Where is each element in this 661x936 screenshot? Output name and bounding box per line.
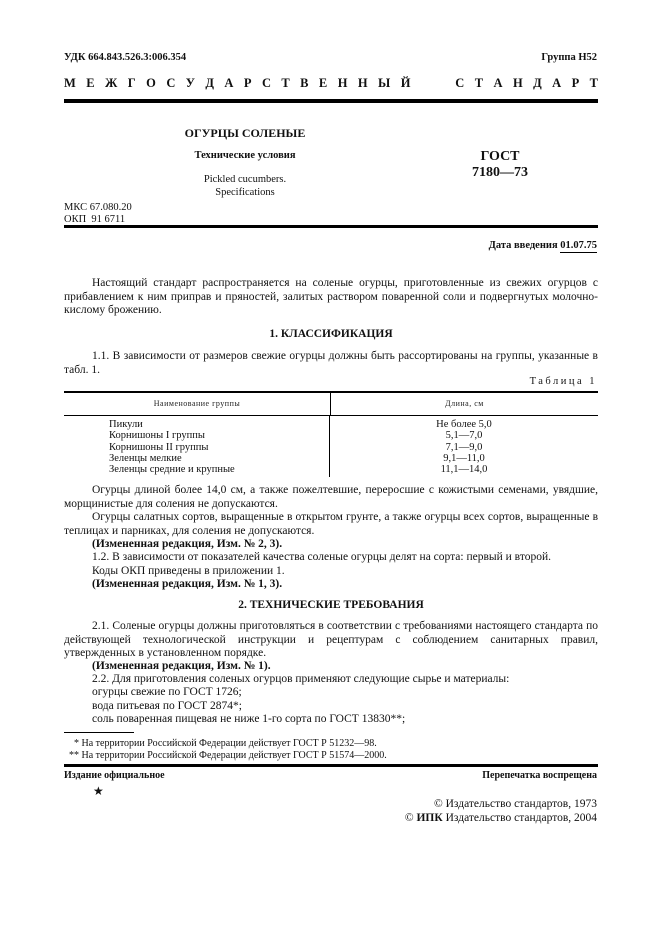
section-heading-technical-requirements: 2. ТЕХНИЧЕСКИЕ ТРЕБОВАНИЯ <box>64 599 598 611</box>
effective-date: Дата введения 01.07.75 <box>489 240 597 251</box>
heading-word-gap <box>421 76 445 91</box>
materials-list-item: вода питьевая по ГОСТ 2874*; <box>92 700 626 714</box>
section-heading-classification: 1. КЛАССИФИКАЦИЯ <box>64 328 598 340</box>
heading-letter: А <box>552 76 561 91</box>
paragraph-1-2: 1.2. В зависимости от показателей качест… <box>64 551 626 578</box>
heading-letter: Н <box>513 76 523 91</box>
heading-letter: С <box>455 76 464 91</box>
heading-letter: Д <box>205 76 214 91</box>
table-cell-length: 9,1—11,0 <box>330 453 598 464</box>
standard-type-heading: МЕЖГОСУДАРСТВЕННЫЙСТАНДАРТ <box>64 76 598 91</box>
table-body: ПикулиКорнишоны I группыКорнишоны II гру… <box>64 416 598 477</box>
heading-letter: Е <box>319 76 327 91</box>
gost-number: 7180—73 <box>440 165 560 181</box>
materials-list-item: соль поваренная пищевая не ниже 1-го сор… <box>92 713 626 727</box>
heading-letter: Ы <box>378 76 390 91</box>
heading-letter: Т <box>590 76 598 91</box>
english-title: Pickled cucumbers. Specifications <box>130 173 360 199</box>
paragraph-1-1: 1.1. В зависимости от размеров свежие ог… <box>64 350 598 377</box>
mks-code: МКС 67.080.20 <box>64 202 132 214</box>
heading-letter: Т <box>281 76 289 91</box>
heading-letter: Р <box>244 76 252 91</box>
heading-letter: М <box>64 76 76 91</box>
table-cell-length: Не более 5,0 <box>330 419 598 430</box>
footer-rule <box>64 764 598 767</box>
materials-list-item: огурцы свежие по ГОСТ 1726; <box>92 686 626 700</box>
gost-designation: ГОСТ 7180—73 <box>440 149 560 181</box>
official-edition-label: Издание официальное <box>64 770 165 781</box>
classification-codes: МКС 67.080.20 ОКП 91 6711 <box>64 202 132 226</box>
paragraph-salad-varieties: Огурцы салатных сортов, выращенные в отк… <box>64 511 598 538</box>
paragraph-1-2-line2: Коды ОКП приведены в приложении 1. <box>92 565 626 579</box>
heading-letter: А <box>494 76 503 91</box>
reprint-prohibited-label: Перепечатка воспрещена <box>482 770 597 781</box>
heading-letter: Е <box>86 76 94 91</box>
english-title-line2: Specifications <box>130 186 360 199</box>
table-column-group-name: ПикулиКорнишоны I группыКорнишоны II гру… <box>64 416 330 477</box>
table-cell-group-name: Корнишоны I группы <box>109 430 329 441</box>
table-cell-length: 5,1—7,0 <box>330 430 598 441</box>
paragraph-1-2-line1: 1.2. В зависимости от показателей качест… <box>92 551 626 565</box>
intro-paragraph: Настоящий стандарт распространяется на с… <box>64 277 598 318</box>
paragraph-excluded-cucumbers: Огурцы длиной более 14,0 см, а также пож… <box>64 484 598 511</box>
date-value: 01.07.75 <box>560 240 597 253</box>
footnotes: * На территории Российской Федерации дей… <box>64 738 387 762</box>
heading-letter: Н <box>358 76 368 91</box>
table-cell-group-name: Корнишоны II группы <box>109 442 329 453</box>
heading-letter: С <box>262 76 271 91</box>
paragraph-2-2: 2.2. Для приготовления соленых огурцов п… <box>64 673 626 687</box>
heading-letter: О <box>146 76 156 91</box>
udk-code: УДК 664.843.526.3:006.354 <box>64 52 186 63</box>
table-label: Таблица 1 <box>530 376 597 387</box>
table-cell-length: 7,1—9,0 <box>330 442 598 453</box>
table-cell-group-name: Зеленцы мелкие <box>109 453 329 464</box>
footnote-1: * На территории Российской Федерации дей… <box>64 738 387 750</box>
copyright-2004: © ИПК Издательство стандартов, 2004 <box>405 811 597 825</box>
table-cell-group-name: Зеленцы средние и крупные <box>109 464 329 475</box>
table-cell-group-name: Пикули <box>109 419 329 430</box>
heading-letter: Р <box>572 76 580 91</box>
table-header-length: Длина, см <box>331 393 598 415</box>
title-rule <box>64 225 598 228</box>
materials-list: огурцы свежие по ГОСТ 1726;вода питьевая… <box>64 686 626 727</box>
footnote-2: ** На территории Российской Федерации де… <box>64 750 387 762</box>
group-code: Группа Н52 <box>541 52 597 63</box>
heading-letter: С <box>166 76 175 91</box>
date-label: Дата введения <box>489 240 558 251</box>
star-icon: ★ <box>93 784 104 799</box>
gost-label: ГОСТ <box>440 149 560 165</box>
publisher-abbreviation: ИПК <box>416 812 442 824</box>
paragraph-2-1: 2.1. Соленые огурцы должны приготовлятьс… <box>64 620 598 661</box>
heading-letter: В <box>300 76 308 91</box>
table-header-row: Наименование группы Длина, см <box>64 393 598 415</box>
copyright-block: © Издательство стандартов, 1973 © ИПК Из… <box>405 797 597 825</box>
heading-letter: Д <box>533 76 542 91</box>
table-header-group-name: Наименование группы <box>64 393 331 415</box>
copyright-1973: © Издательство стандартов, 1973 <box>405 797 597 811</box>
heading-letter: Ж <box>105 76 117 91</box>
heading-letter: А <box>224 76 233 91</box>
amendment-note-3: (Измененная редакция, Изм. № 1). <box>64 660 626 674</box>
table-1: Наименование группы Длина, см ПикулиКорн… <box>64 391 598 477</box>
heading-letter: Й <box>401 76 411 91</box>
heading-letter: Н <box>338 76 348 91</box>
footnote-rule <box>64 732 134 733</box>
document-title: ОГУРЦЫ СОЛЕНЫЕ <box>130 126 360 141</box>
document-subtitle: Технические условия <box>130 150 360 161</box>
header-rule <box>64 99 598 103</box>
heading-letter: Г <box>128 76 136 91</box>
english-title-line1: Pickled cucumbers. <box>130 173 360 186</box>
heading-letter: У <box>186 76 195 91</box>
amendment-note-1: (Измененная редакция, Изм. № 2, 3). <box>64 538 626 552</box>
heading-letter: Т <box>475 76 483 91</box>
table-column-length: Не более 5,05,1—7,07,1—9,09,1—11,011,1—1… <box>330 416 598 477</box>
amendment-note-2: (Измененная редакция, Изм. № 1, 3). <box>64 578 626 592</box>
table-cell-length: 11,1—14,0 <box>330 464 598 475</box>
